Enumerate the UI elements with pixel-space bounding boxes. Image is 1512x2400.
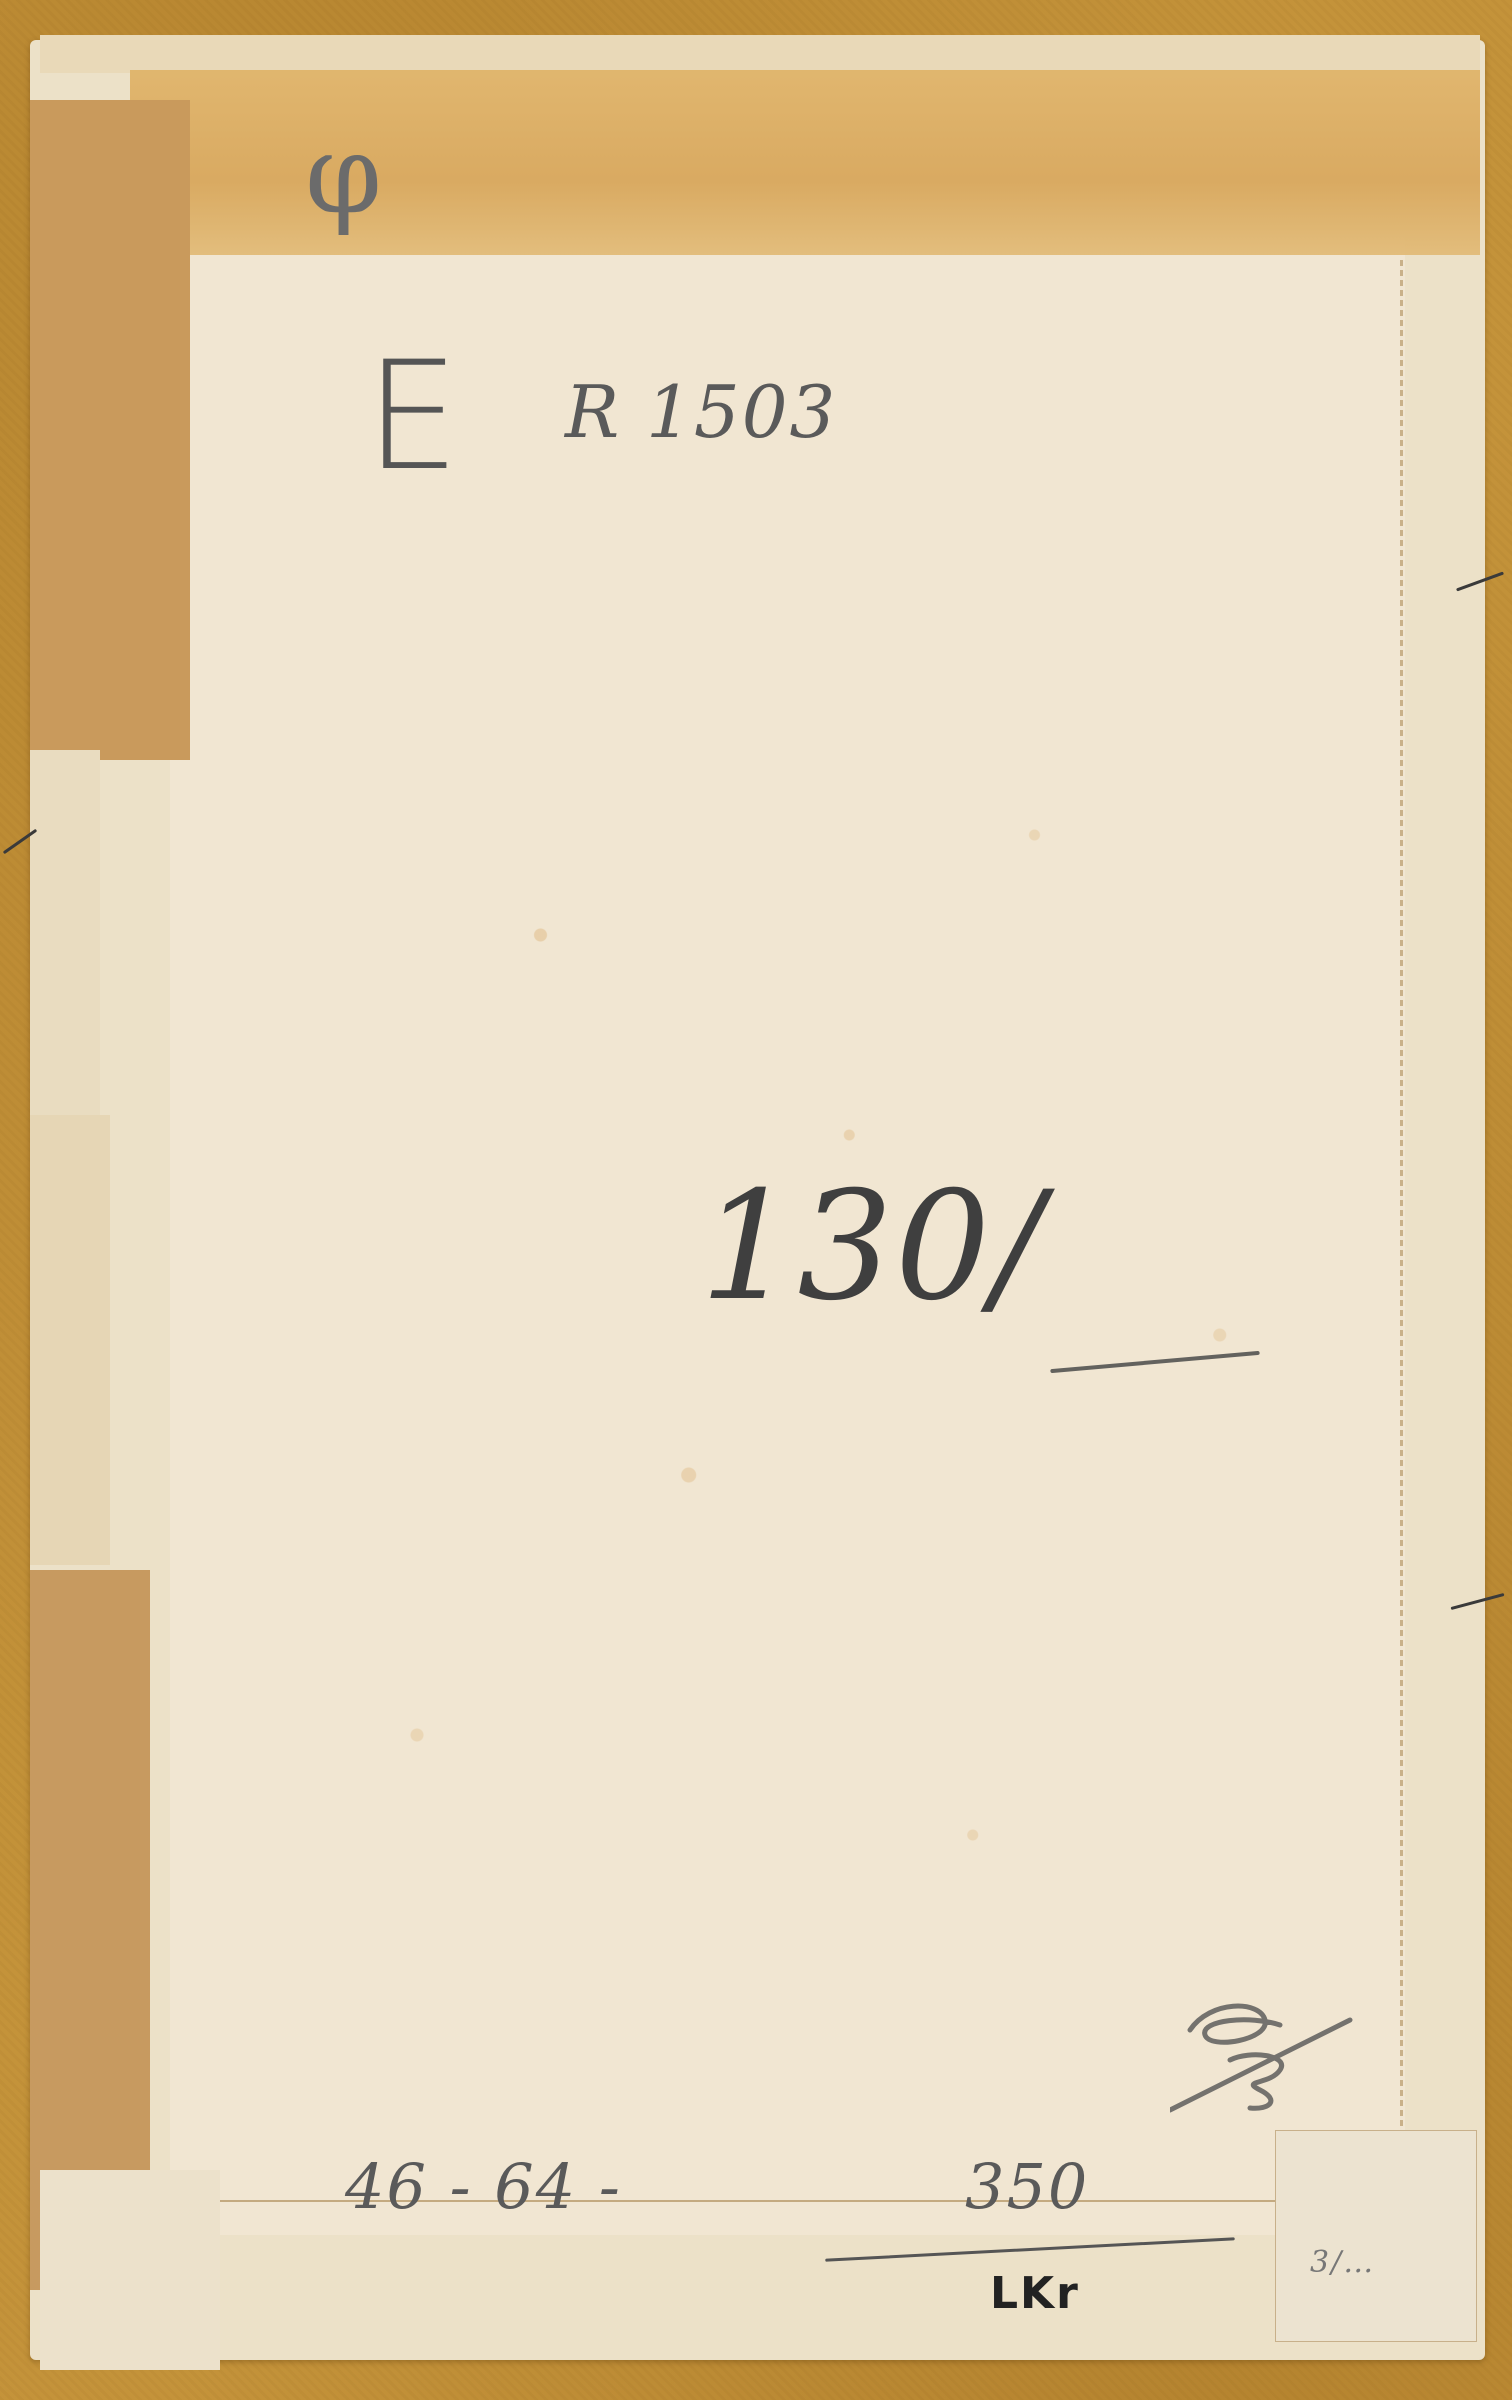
tape-strip-left-upper — [30, 100, 190, 760]
tape-strip-left-pale-1 — [30, 750, 100, 1120]
tape-strip-top-pale — [40, 35, 1480, 73]
pencil-monogram: E — [365, 330, 462, 504]
pencil-price-mark: 130/ — [700, 1160, 1045, 1334]
pencil-amount: 350 — [965, 2150, 1089, 2223]
pencil-patch-note: 3/… — [1310, 2245, 1375, 2280]
pencil-glyph-phi: φ — [305, 110, 384, 238]
paper-fold-line — [1400, 260, 1403, 2160]
tape-corner-bottom-left — [40, 2170, 220, 2370]
tape-corner-bottom-right — [1275, 2130, 1477, 2342]
pencil-dimensions: 46 - 64 - — [345, 2150, 622, 2223]
tape-strip-left-pale-2 — [30, 1115, 110, 1565]
pencil-scribble-icon — [1170, 1990, 1360, 2120]
pencil-initials: LKr — [990, 2268, 1080, 2319]
pencil-reference-number: R 1503 — [565, 370, 837, 454]
